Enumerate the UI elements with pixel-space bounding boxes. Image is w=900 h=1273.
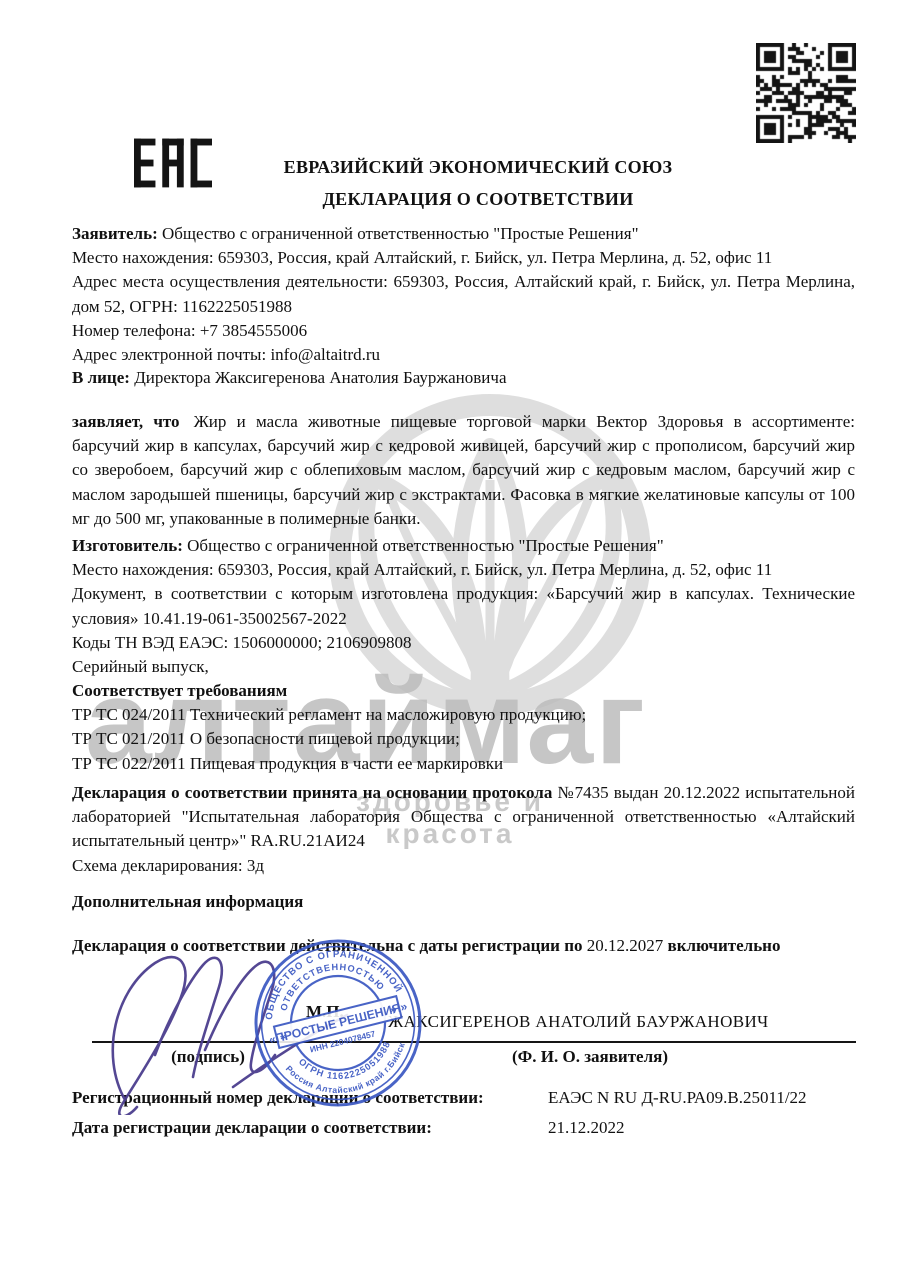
applicant-location-line: Место нахождения: 659303, Россия, край А… (72, 246, 855, 270)
registration-date-value: 21.12.2022 (548, 1116, 625, 1140)
registration-date-label: Дата регистрации декларации о соответств… (72, 1116, 432, 1140)
requirement-item: ТР ТС 021/2011 О безопасности пищевой пр… (72, 727, 855, 751)
qr-code (756, 43, 856, 143)
requirement-item: ТР ТС 022/2011 Пищевая продукция в части… (72, 752, 855, 776)
declaration-scheme: Схема декларирования: 3д (72, 854, 855, 878)
manufacturer-block: Изготовитель: Общество с ограниченной от… (72, 534, 855, 679)
requirements-heading: Соответствует требованиям (72, 679, 855, 703)
registration-number-value: ЕАЭС N RU Д-RU.РА09.В.25011/22 (548, 1086, 807, 1110)
declaration-subject: заявляет, чтоЖир и масла животные пищевы… (72, 410, 855, 531)
applicant-name-line: Заявитель: Общество с ограниченной ответ… (72, 222, 855, 246)
declaration-document: алтаймаг здоровье и красота ЕВРАЗИЙСКИЙ … (0, 0, 900, 1273)
manufacturer-document-line: Документ, в соответствии с которым изгот… (72, 582, 855, 630)
manufacturer-codes-line: Коды ТН ВЭД ЕАЭС: 1506000000; 2106909808 (72, 631, 855, 655)
manufacturer-location-line: Место нахождения: 659303, Россия, край А… (72, 558, 855, 582)
applicant-activity-address: Адрес места осуществления деятельности: … (72, 270, 855, 318)
applicant-email-line: Адрес электронной почты: info@altaitrd.r… (72, 343, 855, 367)
requirement-item: ТР ТС 024/2011 Технический регламент на … (72, 703, 855, 727)
manufacturer-issue-type: Серийный выпуск, (72, 655, 855, 679)
applicant-phone-line: Номер телефона: +7 3854555006 (72, 319, 855, 343)
company-stamp: ОБЩЕСТВО С ОГРАНИЧЕННОЙ ОТВЕТСТВЕННОСТЬЮ… (252, 937, 424, 1109)
additional-info-heading: Дополнительная информация (72, 890, 855, 914)
manufacturer-name-line: Изготовитель: Общество с ограниченной от… (72, 534, 855, 558)
requirements-block: Соответствует требованиям ТР ТС 024/2011… (72, 679, 855, 776)
declarant-name-caption: (Ф. И. О. заявителя) (440, 1047, 740, 1067)
basis-block: Декларация о соответствии принята на осн… (72, 781, 855, 878)
title-declaration: ДЕКЛАРАЦИЯ О СООТВЕТСТВИИ (72, 183, 884, 215)
declarant-full-name: ЖАКСИГЕРЕНОВ АНАТОЛИЙ БАУРЖАНОВИЧ (388, 1012, 769, 1032)
representative-line: В лице: Директора Жаксигеренова Анатолия… (72, 366, 855, 390)
document-title: ЕВРАЗИЙСКИЙ ЭКОНОМИЧЕСКИЙ СОЮЗ ДЕКЛАРАЦИ… (72, 151, 884, 215)
title-union: ЕВРАЗИЙСКИЙ ЭКОНОМИЧЕСКИЙ СОЮЗ (72, 151, 884, 183)
applicant-block: Заявитель: Общество с ограниченной ответ… (72, 222, 855, 367)
